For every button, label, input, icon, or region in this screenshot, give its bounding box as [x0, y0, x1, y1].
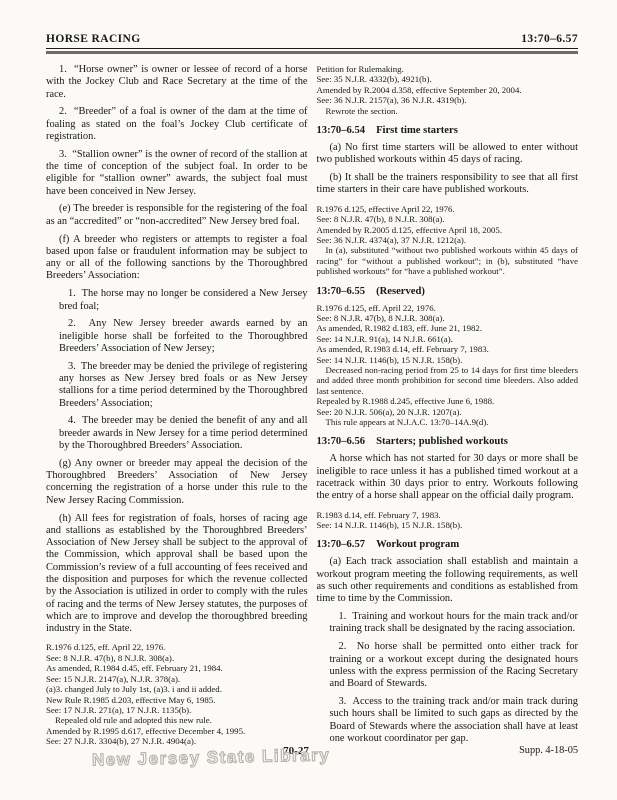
paragraph: (a) Each track association shall establi…	[317, 556, 579, 605]
section-number: 13:70–6.57	[317, 539, 366, 550]
history-line: R.1983 d.14, eff. February 7, 1983.	[317, 510, 579, 520]
section-number: 13:70–6.54	[317, 125, 366, 136]
history-line: See: 36 N.J.R. 4374(a), 37 N.J.R. 1212(a…	[317, 235, 579, 245]
history-line: See: 14 N.J.R. 91(a), 14 N.J.R. 661(a).	[317, 334, 579, 344]
text-columns: 1. “Horse owner” is owner or lessee of r…	[46, 64, 578, 751]
history-line: R.1976 d.125, effective April 22, 1976.	[317, 204, 579, 214]
header-section-title: HORSE RACING	[46, 33, 141, 45]
section-heading: 13:70–6.57Workout program	[317, 539, 579, 550]
history-note: Decreased non-racing period from 25 to 1…	[317, 365, 579, 396]
paragraph: (f) A breeder who registers or attempts …	[46, 234, 308, 283]
history-line: See: 8 N.J.R. 47(b), 8 N.J.R. 308(a).	[46, 653, 308, 663]
section-heading: 13:70–6.56Starters; published workouts	[317, 436, 579, 447]
paragraph: (g) Any owner or breeder may appeal the …	[46, 458, 308, 507]
paragraph: 2. “Breeder” of a foal is owner of the d…	[46, 106, 308, 143]
history-line: See: 17 N.J.R. 271(a), 17 N.J.R. 1135(b)…	[46, 705, 308, 715]
history-line: Amended by R.2005 d.125, effective April…	[317, 225, 579, 235]
paragraph: 3. Access to the training track and/or m…	[330, 696, 579, 745]
history-line: See: 14 N.J.R. 1146(b), 15 N.J.R. 158(b)…	[317, 520, 579, 530]
header-section-code: 13:70–6.57	[521, 33, 578, 45]
page-header: HORSE RACING 13:70–6.57	[46, 33, 578, 45]
page-content: HORSE RACING 13:70–6.57 1. “Horse owner”…	[46, 33, 578, 751]
history-line: See: 14 N.J.R. 1146(b), 15 N.J.R. 158(b)…	[317, 355, 579, 365]
history-note: This rule appears at N.J.A.C. 13:70–14A.…	[317, 417, 579, 427]
history-line: As amended, R.1984 d.45, eff. February 2…	[46, 663, 308, 673]
history-note: Rewrote the section.	[317, 106, 579, 116]
history-line: See: 20 N.J.R. 506(a), 20 N.J.R. 1207(a)…	[317, 407, 579, 417]
document-page: HORSE RACING 13:70–6.57 1. “Horse owner”…	[0, 0, 617, 800]
history-note: In (a), substituted “without two publish…	[317, 245, 579, 276]
history-line: See: 35 N.J.R. 4332(b), 4921(b).	[317, 74, 579, 84]
history-line: See: 8 N.J.R. 47(b), 8 N.J.R. 308(a).	[317, 313, 579, 323]
paragraph: A horse which has not started for 30 day…	[317, 453, 579, 502]
library-stamp-watermark: New Jersey State Library	[92, 746, 331, 771]
history-line: Amended by R.2004 d.358, effective Septe…	[317, 85, 579, 95]
paragraph: (b) It shall be the trainers responsibil…	[317, 172, 579, 197]
history-line: R.1976 d.125, eff. April 22, 1976.	[46, 642, 308, 652]
history-line: New Rule R.1985 d.203, effective May 6, …	[46, 695, 308, 705]
paragraph: 2. No horse shall be permitted onto eith…	[330, 641, 579, 690]
paragraph: 2. Any New Jersey breeder awards earned …	[59, 318, 308, 355]
history-line: Amended by R.1995 d.617, effective Decem…	[46, 726, 308, 736]
paragraph: (a) No first time starters will be allow…	[317, 142, 579, 167]
paragraph: 3. “Stallion owner” is the owner of reco…	[46, 149, 308, 198]
paragraph: (h) All fees for registration of foals, …	[46, 513, 308, 636]
history-line: As amended, R.1982 d.183, eff. June 21, …	[317, 323, 579, 333]
left-column: 1. “Horse owner” is owner or lessee of r…	[46, 64, 308, 751]
paragraph: 1. “Horse owner” is owner or lessee of r…	[46, 64, 308, 101]
section-title: Workout program	[376, 539, 459, 550]
history-line: (a)3. changed July to July 1st, (a)3. i …	[46, 684, 308, 694]
right-column: Petition for Rulemaking.See: 35 N.J.R. 4…	[317, 64, 579, 751]
paragraph: 4. The breeder may be denied the benefit…	[59, 415, 308, 452]
history-line: See: 15 N.J.R. 2147(a), N.J.R. 378(a).	[46, 674, 308, 684]
section-title: (Reserved)	[376, 286, 425, 297]
history-line: See: 8 N.J.R. 47(b), 8 N.J.R. 308(a).	[317, 214, 579, 224]
history-line: Repealed by R.1988 d.245, effective June…	[317, 396, 579, 406]
history-note: Repealed old rule and adopted this new r…	[46, 715, 308, 725]
history-line: R.1976 d.125, eff. April 22, 1976.	[317, 303, 579, 313]
paragraph: 3. The breeder may be denied the privile…	[59, 361, 308, 410]
paragraph: 1. The horse may no longer be considered…	[59, 288, 308, 313]
paragraph: 1. Training and workout hours for the ma…	[330, 611, 579, 636]
history-line: Petition for Rulemaking.	[317, 64, 579, 74]
section-title: First time starters	[376, 125, 458, 136]
section-title: Starters; published workouts	[376, 436, 508, 447]
section-heading: 13:70–6.55(Reserved)	[317, 286, 579, 297]
section-heading: 13:70–6.54First time starters	[317, 125, 579, 136]
section-number: 13:70–6.56	[317, 436, 366, 447]
footer-supplement-date: Supp. 4-18-05	[519, 745, 578, 756]
history-line: As amended, R.1983 d.14, eff. February 7…	[317, 344, 579, 354]
history-line: See: 36 N.J.R. 2157(a), 36 N.J.R. 4319(b…	[317, 95, 579, 105]
section-number: 13:70–6.55	[317, 286, 366, 297]
header-rule	[46, 48, 578, 55]
paragraph: (e) The breeder is responsible for the r…	[46, 203, 308, 228]
